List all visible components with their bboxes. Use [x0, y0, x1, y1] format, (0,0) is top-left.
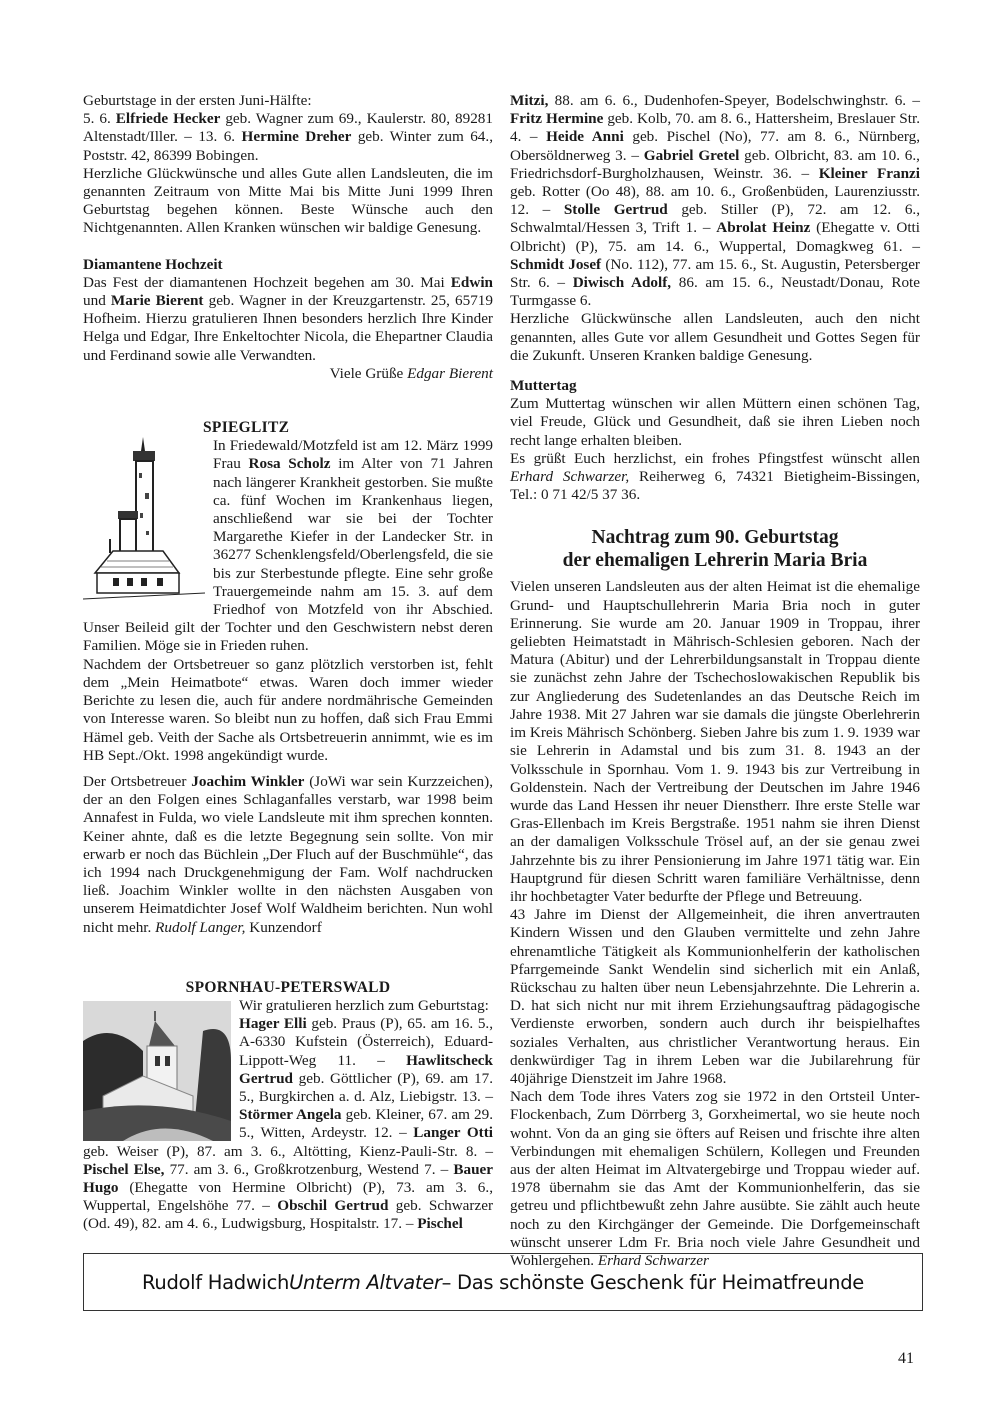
- article-paragraph-3: Nach dem Tode ihres Vaters zog sie 1972 …: [510, 1088, 920, 1270]
- page-number: 41: [898, 1350, 914, 1368]
- tower-illustration-icon: [83, 433, 205, 603]
- right-column: Mitzi, 88. am 6. 6., Dudenhofen-Speyer, …: [510, 92, 920, 1270]
- left-column: Geburtstage in der ersten Juni-Hälfte: 5…: [83, 92, 493, 1234]
- article-title-line-1: Nachtrag zum 90. Geburtstag: [510, 526, 920, 549]
- article-paragraph-2: 43 Jahre im Dienst der Allgemeinheit, di…: [510, 906, 920, 1088]
- spieglitz-winkler: Der Ortsbetreuer Joachim Winkler (JoWi w…: [83, 773, 493, 937]
- birthday-list-continued: Mitzi, 88. am 6. 6., Dudenhofen-Speyer, …: [510, 92, 920, 310]
- article-title-line-2: der ehemaligen Lehrerin Maria Bria: [510, 549, 920, 572]
- diamond-wedding-signature: Viele Grüße Edgar Bierent: [83, 365, 493, 383]
- muttertag-body: Zum Muttertag wünschen wir allen Müttern…: [510, 395, 920, 450]
- birthday-list: 5. 6. Elfriede Hecker geb. Wagner zum 69…: [83, 110, 493, 165]
- spieglitz-section: SPIEGLITZ In Friedewald/Motzfeld ist am …: [83, 419, 493, 937]
- muttertag-heading: Muttertag: [510, 377, 920, 395]
- diamond-wedding-body: Das Fest der diamantenen Hochzeit begehe…: [83, 274, 493, 365]
- spieglitz-title: SPIEGLITZ: [203, 419, 493, 437]
- birthday-intro: Geburtstage in der ersten Juni-Hälfte:: [83, 92, 493, 110]
- book-ad-banner: Rudolf Hadwich Unterm Altvater – Das sch…: [83, 1253, 923, 1311]
- article-paragraph-1: Vielen unseren Landsleuten aus der alten…: [510, 578, 920, 906]
- birthday-wishes: Herzliche Glückwünsche und alles Gute al…: [83, 165, 493, 238]
- spieglitz-ortsbetreuer: Nachdem der Ortsbetreuer so ganz plötzli…: [83, 656, 493, 765]
- muttertag-greeting: Es grüßt Euch herzlichst, ein frohes Pfi…: [510, 450, 920, 505]
- church-photo-icon: [83, 1001, 231, 1141]
- spornhau-title: SPORNHAU-PETERSWALD: [83, 979, 493, 997]
- spornhau-section: SPORNHAU-PETERSWALD Wir gratulieren herz…: [83, 979, 493, 1234]
- article-title: Nachtrag zum 90. Geburtstag der ehemalig…: [510, 526, 920, 572]
- birthday-wishes-right: Herzliche Glückwünsche allen Landsleuten…: [510, 310, 920, 365]
- diamond-wedding-heading: Diamantene Hochzeit: [83, 256, 493, 274]
